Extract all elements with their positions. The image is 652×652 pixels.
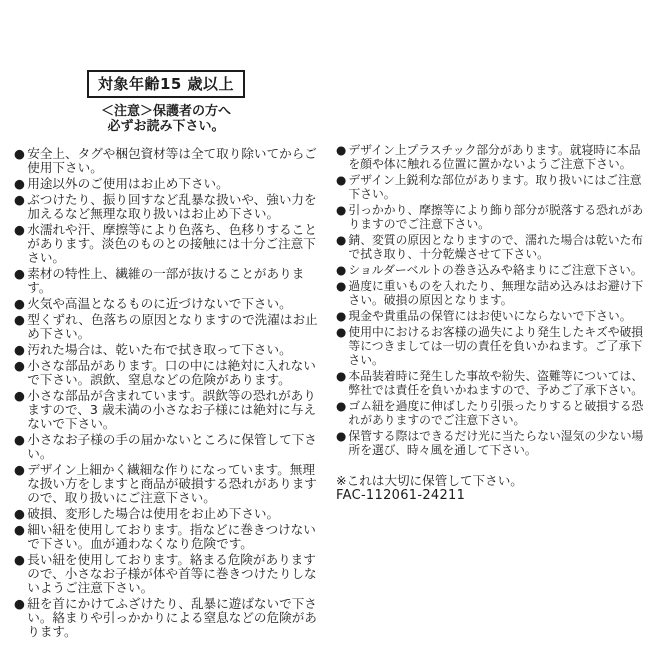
warning-text: デザイン上プラスチック部分があります。就寝時に本品を顔や体に触れる位置に置かない…	[348, 143, 640, 171]
warning-item: ●デザイン上細かく繊細な作りになっています。無理な扱い方をしますと商品が破損する…	[14, 463, 322, 505]
warning-item: ●本品装着時に発生した事故や紛失、盗難等については、弊社では責任を負いかねますの…	[336, 369, 646, 397]
warning-text: 破損、変形した場合は使用をお止め下さい。	[27, 506, 279, 521]
warning-item: ●小さな部品が含まれています。誤飲等の恐れがありますので、3 歳未満の小さなお子…	[14, 389, 322, 431]
warning-item: ●型くずれ、色落ちの原因となりますので洗濯はお止め下さい。	[14, 313, 322, 341]
bullet-icon: ●	[14, 223, 27, 237]
warning-text: 紐を首にかけてふざけたり、乱暴に遊ばないで下さい。絡まりや引っかかりによる窒息な…	[27, 596, 317, 639]
warning-item: ●錆、変質の原因となりますので、濡れた場合は乾いた布で拭き取り、十分乾燥させて下…	[336, 233, 646, 261]
warning-text: ゴム紐を過度に伸ばしたり引張ったりすると破損する恐れがありますのでご注意下さい。	[348, 399, 643, 427]
bullet-icon: ●	[336, 263, 348, 277]
bullet-icon: ●	[14, 389, 27, 403]
bullet-icon: ●	[14, 313, 27, 327]
bullet-icon: ●	[14, 297, 27, 311]
warning-text: 錆、変質の原因となりますので、濡れた場合は乾いた布で拭き取り、十分乾燥させて下さ…	[348, 233, 643, 261]
warning-text: 火気や高温となるものに近づけないで下さい。	[27, 296, 291, 311]
warning-text: 長い紐を使用しております。絡まる危険がありますので、小さなお子様が体や首等に巻き…	[27, 552, 316, 595]
warning-text: 本品装着時に発生した事故や紛失、盗難等については、弊社では責任を負いかねますので…	[348, 369, 643, 397]
bullet-icon: ●	[14, 463, 27, 477]
bullet-icon: ●	[14, 553, 27, 567]
bullet-icon: ●	[14, 359, 27, 373]
bullet-icon: ●	[336, 143, 348, 157]
bullet-icon: ●	[14, 433, 27, 447]
warning-text: 引っかかり、摩擦等により飾り部分が脱落する恐れがありますのでご注意下さい。	[348, 203, 643, 231]
warning-item: ●火気や高温となるものに近づけないで下さい。	[14, 297, 322, 311]
bullet-icon: ●	[14, 597, 27, 611]
footer: ※これは大切に保管して下さい。 FAC-112061-24211	[336, 474, 646, 503]
keep-note: ※これは大切に保管して下さい。	[336, 474, 646, 489]
warning-item: ●保管する際はできるだけ光に当たらない湿気の少ない場所を選び、時々風を通して下さ…	[336, 429, 646, 457]
warning-item: ●長い紐を使用しております。絡まる危険がありますので、小さなお子様が体や首等に巻…	[14, 553, 322, 595]
warning-text: 小さなお子様の手の届かないところに保管して下さい。	[27, 432, 317, 461]
bullet-icon: ●	[336, 369, 348, 383]
warning-item: ●用途以外のご使用はお止め下さい。	[14, 177, 322, 191]
bullet-icon: ●	[14, 343, 27, 357]
bullet-icon: ●	[336, 233, 348, 247]
warning-text: 素材の特性上、繊維の一部が抜けることがあります。	[27, 266, 304, 295]
warning-item: ●引っかかり、摩擦等により飾り部分が脱落する恐れがありますのでご注意下さい。	[336, 203, 646, 231]
warning-label-sheet: 対象年齢15 歳以上 ＜注意＞保護者の方へ 必ずお読み下さい。 ●安全上、タグや…	[0, 0, 652, 652]
notice-heading: ＜注意＞保護者の方へ 必ずお読み下さい。	[0, 104, 332, 134]
product-code: FAC-112061-24211	[336, 489, 646, 504]
notice-line-2: 必ずお読み下さい。	[0, 119, 332, 134]
warning-item: ●使用中におけるお客様の過失により発生したキズや破損等につきましては一切の責任を…	[336, 325, 646, 367]
warning-text: 型くずれ、色落ちの原因となりますので洗濯はお止め下さい。	[27, 312, 317, 341]
bullet-icon: ●	[336, 399, 348, 413]
warning-text: 小さな部品が含まれています。誤飲等の恐れがありますので、3 歳未満の小さなお子様…	[27, 388, 316, 431]
warnings-left-column: ●安全上、タグや梱包資材等は全て取り除いてからご使用下さい。●用途以外のご使用は…	[14, 143, 322, 641]
warning-text: 水濡れや汗、摩擦等により色落ち、色移りすることがあります。淡色のものとの接触には…	[27, 222, 317, 265]
bullet-icon: ●	[336, 429, 348, 443]
warning-item: ●破損、変形した場合は使用をお止め下さい。	[14, 507, 322, 521]
bullet-icon: ●	[336, 173, 348, 187]
warning-text: ショルダーベルトの巻き込みや絡まりにご注意下さい。	[348, 263, 642, 277]
bullet-icon: ●	[336, 203, 348, 217]
warning-item: ●デザイン上鋭利な部位があります。取り扱いにはご注意下さい。	[336, 173, 646, 201]
warning-text: 細い紐を使用しております。指などに巻きつけないで下さい。血が通わなくなり危険です…	[27, 522, 316, 551]
age-restriction-box: 対象年齢15 歳以上	[87, 70, 245, 98]
warning-item: ●過度に重いものを入れたり、無理な詰め込みはお避け下さい。破損の原因となります。	[336, 279, 646, 307]
warning-item: ●ゴム紐を過度に伸ばしたり引張ったりすると破損する恐れがありますのでご注意下さい…	[336, 399, 646, 427]
warning-item: ●安全上、タグや梱包資材等は全て取り除いてからご使用下さい。	[14, 147, 322, 175]
warning-item: ●ぶつけたり、振り回すなど乱暴な扱いや、強い力を加えるなど無理な取り扱いはお止め…	[14, 193, 322, 221]
warning-text: 現金や貴重品の保管にはお使いにならないで下さい。	[348, 309, 631, 323]
notice-line-1: ＜注意＞保護者の方へ	[0, 104, 332, 119]
warning-item: ●小さなお子様の手の届かないところに保管して下さい。	[14, 433, 322, 461]
bullet-icon: ●	[14, 507, 27, 521]
warning-text: 過度に重いものを入れたり、無理な詰め込みはお避け下さい。破損の原因となります。	[348, 279, 643, 307]
warning-text: 小さな部品があります。口の中には絶対に入れないで下さい。誤飲、窒息などの危険があ…	[27, 358, 316, 387]
warning-item: ●現金や貴重品の保管にはお使いにならないで下さい。	[336, 309, 646, 323]
bullet-icon: ●	[14, 147, 27, 161]
bullet-icon: ●	[336, 279, 348, 293]
warnings-columns: ●安全上、タグや梱包資材等は全て取り除いてからご使用下さい。●用途以外のご使用は…	[14, 143, 646, 641]
warning-item: ●汚れた場合は、乾いた布で拭き取って下さい。	[14, 343, 322, 357]
header: 対象年齢15 歳以上 ＜注意＞保護者の方へ 必ずお読み下さい。	[0, 70, 332, 134]
warning-item: ●素材の特性上、繊維の一部が抜けることがあります。	[14, 267, 322, 295]
warning-item: ●小さな部品があります。口の中には絶対に入れないで下さい。誤飲、窒息などの危険が…	[14, 359, 322, 387]
bullet-icon: ●	[14, 177, 27, 191]
warnings-right-column: ●デザイン上プラスチック部分があります。就寝時に本品を顔や体に触れる位置に置かな…	[336, 143, 646, 503]
warning-item: ●細い紐を使用しております。指などに巻きつけないで下さい。血が通わなくなり危険で…	[14, 523, 322, 551]
bullet-icon: ●	[336, 309, 348, 323]
bullet-icon: ●	[14, 523, 27, 537]
bullet-icon: ●	[14, 267, 27, 281]
warning-text: デザイン上鋭利な部位があります。取り扱いにはご注意下さい。	[348, 173, 641, 201]
warning-item: ●水濡れや汗、摩擦等により色落ち、色移りすることがあります。淡色のものとの接触に…	[14, 223, 322, 265]
warning-text: 安全上、タグや梱包資材等は全て取り除いてからご使用下さい。	[27, 146, 317, 175]
warning-text: デザイン上細かく繊細な作りになっています。無理な扱い方をしますと商品が破損する恐…	[27, 462, 317, 505]
warnings-right-items: ●デザイン上プラスチック部分があります。就寝時に本品を顔や体に触れる位置に置かな…	[336, 143, 646, 457]
bullet-icon: ●	[14, 193, 27, 207]
warning-item: ●ショルダーベルトの巻き込みや絡まりにご注意下さい。	[336, 263, 646, 277]
warning-text: 使用中におけるお客様の過失により発生したキズや破損等につきましては一切の責任を負…	[348, 325, 643, 367]
warning-text: 保管する際はできるだけ光に当たらない湿気の少ない場所を選び、時々風を通して下さい…	[348, 429, 643, 457]
bullet-icon: ●	[336, 325, 348, 339]
warning-text: 汚れた場合は、乾いた布で拭き取って下さい。	[27, 342, 291, 357]
warning-item: ●紐を首にかけてふざけたり、乱暴に遊ばないで下さい。絡まりや引っかかりによる窒息…	[14, 597, 322, 639]
warning-text: ぶつけたり、振り回すなど乱暴な扱いや、強い力を加えるなど無理な取り扱いはお止め下…	[27, 192, 316, 221]
warning-text: 用途以外のご使用はお止め下さい。	[27, 176, 229, 191]
warning-item: ●デザイン上プラスチック部分があります。就寝時に本品を顔や体に触れる位置に置かな…	[336, 143, 646, 171]
